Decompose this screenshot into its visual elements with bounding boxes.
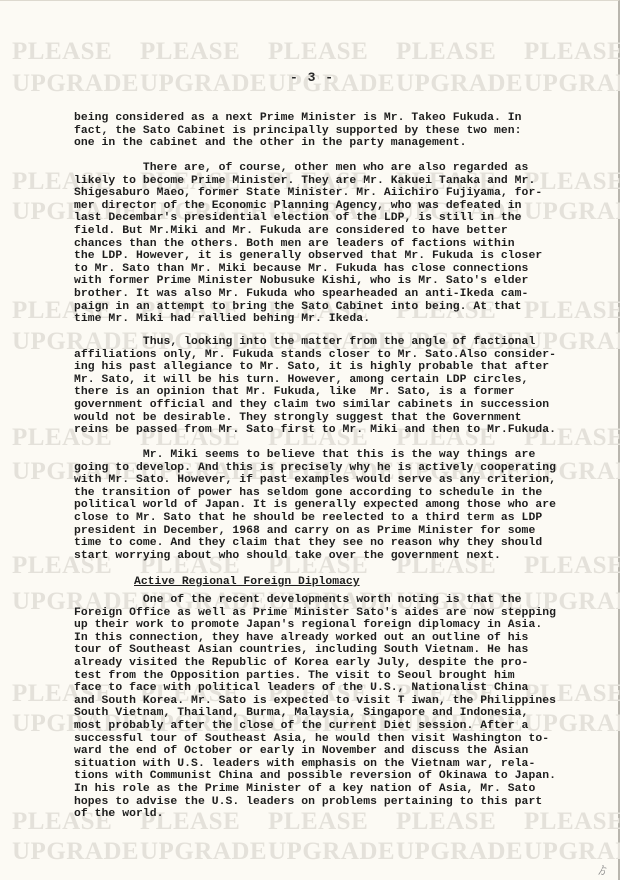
corner-mark: ゟ [597,862,608,878]
text-line: there is an opinion that Mr. Fukuda, lik… [74,386,620,399]
paragraph-regional-diplomacy: One of the recent developments worth not… [74,594,620,821]
section-heading: Active Regional Foreign Diplomacy [134,576,360,588]
text-line: up their work to promote Japan's regiona… [74,619,620,632]
paragraph-other-candidates: There are, of course, other men who are … [74,162,620,326]
text-line: test from the Opposition parties. The vi… [74,670,620,683]
text-line: paign in an attempt to bring the Sato Ca… [74,301,620,314]
text-line: of the world. [74,808,620,821]
text-line: already visited the Republic of Korea ea… [74,657,620,670]
text-line: the LDP. However, it is generally observ… [74,250,620,263]
text-line: successful tour of Southeast Asia, he wo… [74,733,620,746]
text-line: government official and they claim two s… [74,399,620,412]
page-number: - 3 - [290,70,334,85]
text-line: Shigesaburo Maeo, former State Minister.… [74,187,620,200]
text-line: mer director of the Economic Planning Ag… [74,200,620,213]
text-line: chances than the others. Both men are le… [74,238,620,251]
paragraph-factional-affiliations: Thus, looking into the matter from the a… [74,336,620,437]
text-line: president in December, 1968 and carry on… [74,525,620,538]
text-line: ward the end of October or early in Nove… [74,745,620,758]
text-line: and South Korea. Mr. Sato is expected to… [74,695,620,708]
text-line: likely to become Prime Minister. They ar… [74,175,620,188]
text-line: political world of Japan. It is generall… [74,499,620,512]
text-line: going to develop. And this is precisely … [74,462,620,475]
text-line: time to come. And they claim that they s… [74,537,620,550]
text-line: In this connection, they have already wo… [74,632,620,645]
text-line: start worrying about who should take ove… [74,550,620,563]
text-line: One of the recent developments worth not… [74,594,620,607]
text-line: Mr. Miki seems to believe that this is t… [74,449,620,462]
text-line: Thus, looking into the matter from the a… [74,336,620,349]
text-line: most probably after the close of the cur… [74,720,620,733]
text-line: Mr. Sato, it will be his turn. However, … [74,374,620,387]
text-line: In his role as the Prime Minister of a k… [74,783,620,796]
text-line: hopes to advise the U.S. leaders on prob… [74,796,620,809]
text-line: would not be desirable. They strongly su… [74,412,620,425]
text-line: reins be passed from Mr. Sato first to M… [74,424,620,437]
text-line: time Mr. Miki had rallied behing Mr. Ike… [74,313,620,326]
text-line: tions with Communist China and possible … [74,770,620,783]
paragraph-miki-outlook: Mr. Miki seems to believe that this is t… [74,449,620,562]
text-line: There are, of course, other men who are … [74,162,620,175]
text-line: last Decembar's presidential election of… [74,212,620,225]
text-line: to Mr. Sato than Mr. Miki because Mr. Fu… [74,263,620,276]
text-line: situation with U.S. leaders with emphasi… [74,758,620,771]
text-line: Foreign Office as well as Prime Minister… [74,607,620,620]
text-line: with Mr. Sato. However, if past examples… [74,474,620,487]
text-line: the transition of power has seldom gone … [74,487,620,500]
text-line: face to face with political leaders of t… [74,682,620,695]
text-line: ing his past allegiance to Mr. Sato, it … [74,361,620,374]
text-line: tour of Southeast Asian countries, inclu… [74,644,620,657]
text-line: South Vietnam, Thailand, Burma, Malaysia… [74,707,620,720]
text-line: with former Prime Minister Nobusuke Kish… [74,275,620,288]
text-line: close to Mr. Sato that he should be reel… [74,512,620,525]
paragraph-continuation: being considered as a next Prime Ministe… [74,112,620,150]
text-line: field. But Mr.Miki and Mr. Fukuda are co… [74,225,620,238]
text-line: brother. It was also Mr. Fukuda who spea… [74,288,620,301]
text-line: being considered as a next Prime Ministe… [74,112,620,125]
text-line: affiliations only, Mr. Fukuda stands clo… [74,349,620,362]
text-line: one in the cabinet and the other in the … [74,137,620,150]
text-line: fact, the Sato Cabinet is principally su… [74,125,620,138]
